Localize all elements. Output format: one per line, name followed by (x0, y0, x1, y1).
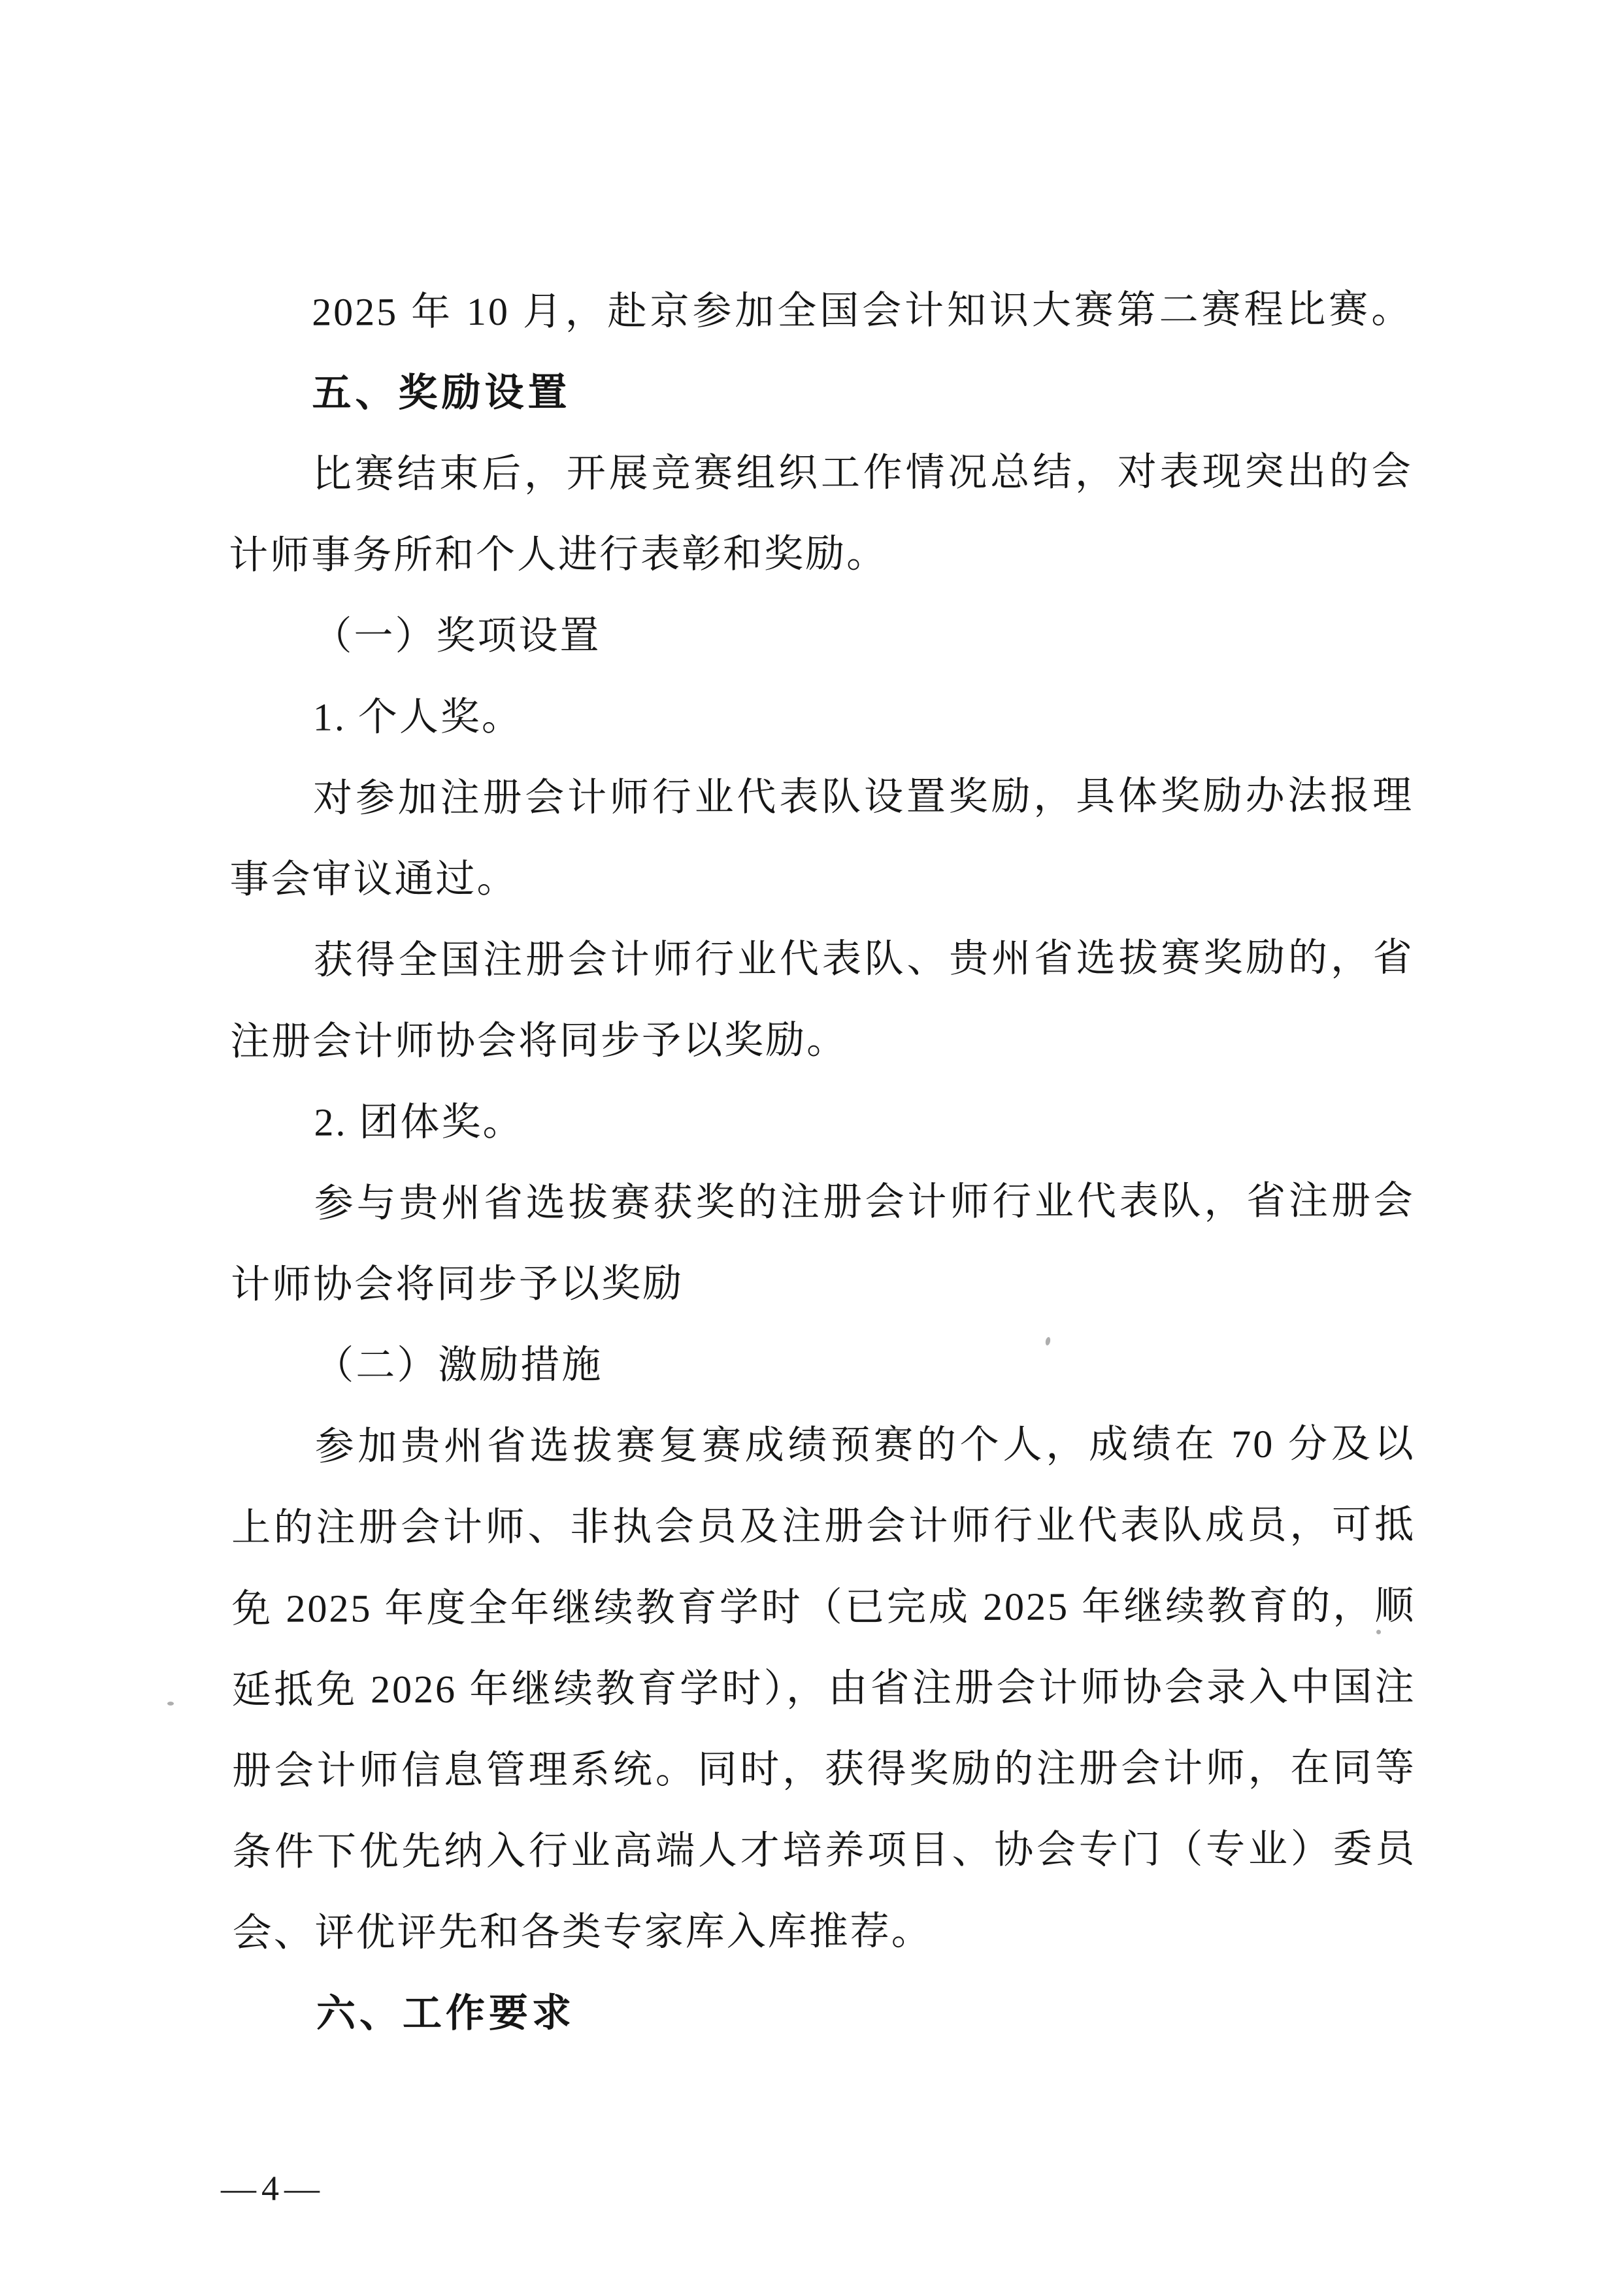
text-line: 2025 年 10 月，赴京参加全国会计知识大赛第二赛程比赛。 (228, 269, 1412, 353)
text-line: 册会计师信息管理系统。同时，获得奖励的注册会计师，在同等 (232, 1727, 1416, 1811)
text-line: 获得全国注册会计师行业代表队、贵州省选拔赛奖励的，省 (230, 917, 1414, 1001)
text-line: 参与贵州省选拔赛获奖的注册会计师行业代表队，省注册会 (231, 1160, 1415, 1244)
text-line: 参加贵州省选拔赛复赛成绩预赛的个人，成绩在 70 分及以 (231, 1403, 1416, 1487)
section-heading: 六、工作要求 (233, 1970, 1417, 2054)
text-line: 2. 团体奖。 (230, 1079, 1414, 1163)
page-number: —4— (221, 2168, 325, 2209)
document-body: 2025 年 10 月，赴京参加全国会计知识大赛第二赛程比赛。五、奖励设置比赛结… (228, 269, 1417, 2054)
text-line: 计师协会将同步予以奖励 (231, 1241, 1415, 1325)
text-line: 比赛结束后，开展竞赛组织工作情况总结，对表现突出的会 (229, 431, 1413, 515)
text-line: （二）激励措施 (231, 1322, 1415, 1406)
scan-speck (1376, 1630, 1381, 1634)
text-line: 延抵免 2026 年继续教育学时），由省注册会计师协会录入中国注 (232, 1646, 1416, 1730)
scan-speck (167, 1702, 174, 1706)
text-line: 上的注册会计师、非执会员及注册会计师行业代表队成员，可抵 (231, 1484, 1416, 1568)
section-heading: 五、奖励设置 (228, 350, 1412, 434)
text-line: 事会审议通过。 (229, 836, 1414, 920)
document-page: 2025 年 10 月，赴京参加全国会计知识大赛第二赛程比赛。五、奖励设置比赛结… (0, 0, 1624, 2293)
text-line: 条件下优先纳入行业高端人才培养项目、协会专门（专业）委员 (232, 1808, 1416, 1892)
text-line: 注册会计师协会将同步予以奖励。 (230, 998, 1414, 1082)
text-line: 计师事务所和个人进行表彰和奖励。 (229, 512, 1413, 596)
text-line: 会、评优评先和各类专家库入库推荐。 (232, 1889, 1416, 1973)
text-line: 1. 个人奖。 (229, 674, 1414, 758)
text-line: （一）奖项设置 (229, 593, 1413, 677)
text-line: 对参加注册会计师行业代表队设置奖励，具体奖励办法报理 (229, 755, 1414, 839)
text-line: 免 2025 年度全年继续教育学时（已完成 2025 年继续教育的，顺 (231, 1565, 1416, 1649)
